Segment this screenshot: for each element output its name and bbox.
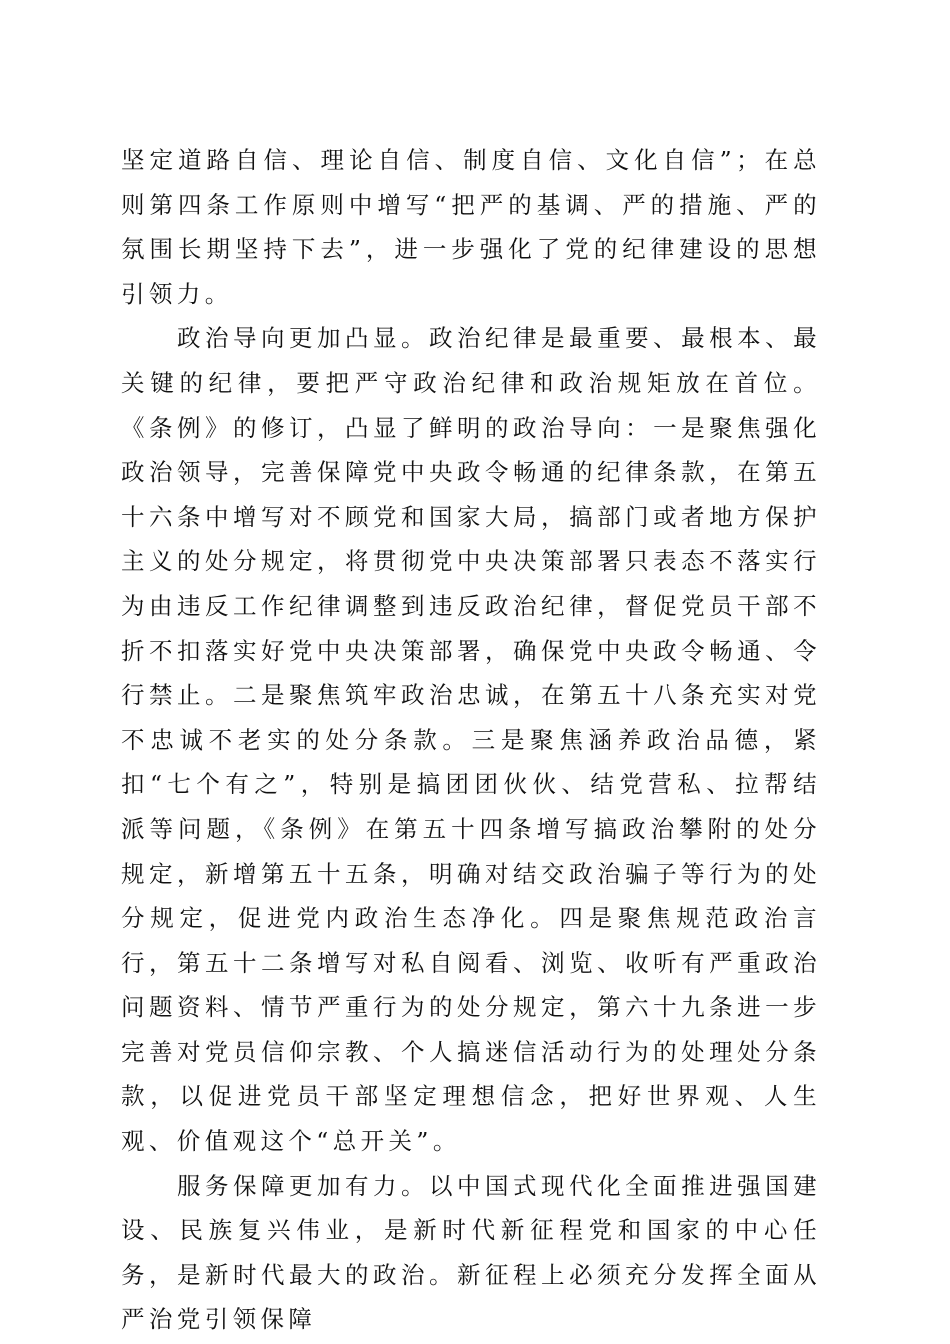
paragraph-service-guarantee: 服务保障更加有力。以中国式现代化全面推进强国建设、民族复兴伟业，是新时代新征程党… bbox=[121, 1164, 821, 1342]
paragraph-continuation: 坚定道路自信、理论自信、制度自信、文化自信”；在总则第四条工作原则中增写“把严的… bbox=[121, 138, 821, 316]
document-page: 坚定道路自信、理论自信、制度自信、文化自信”；在总则第四条工作原则中增写“把严的… bbox=[121, 138, 821, 1342]
paragraph-political-orientation: 政治导向更加凸显。政治纪律是最重要、最根本、最关键的纪律，要把严守政治纪律和政治… bbox=[121, 316, 821, 1163]
